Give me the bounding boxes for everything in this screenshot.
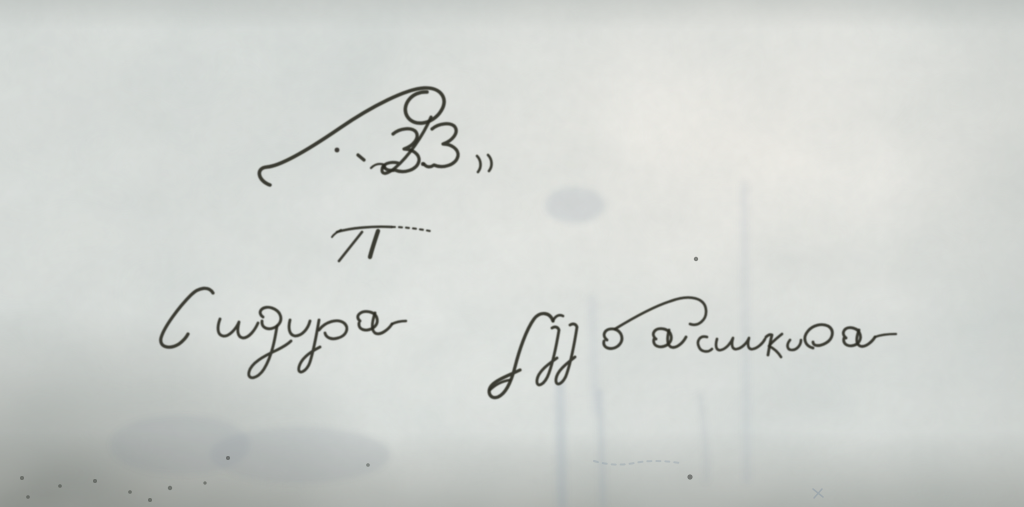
speck — [168, 486, 172, 490]
bleed-line — [744, 185, 747, 480]
speck — [148, 498, 152, 502]
bleed-line — [560, 385, 562, 505]
speck — [366, 463, 370, 467]
speck — [20, 476, 24, 480]
bleed-line — [592, 300, 596, 410]
speck — [203, 481, 206, 484]
numeral-tail-dot — [421, 162, 425, 166]
period-dot — [335, 148, 340, 153]
speck — [226, 456, 230, 460]
speck — [128, 490, 132, 494]
bleed-blotch — [110, 415, 250, 475]
speck — [58, 484, 62, 488]
manuscript-art — [0, 0, 1024, 507]
speck — [93, 479, 97, 483]
speck — [687, 474, 692, 479]
manuscript-photo: N. 33 ,, π Сидора Грубасникова — [0, 0, 1024, 507]
bleed-blotch — [545, 187, 605, 223]
speck — [694, 257, 698, 261]
speck — [26, 495, 30, 499]
numeral-tail-dot — [382, 165, 386, 169]
